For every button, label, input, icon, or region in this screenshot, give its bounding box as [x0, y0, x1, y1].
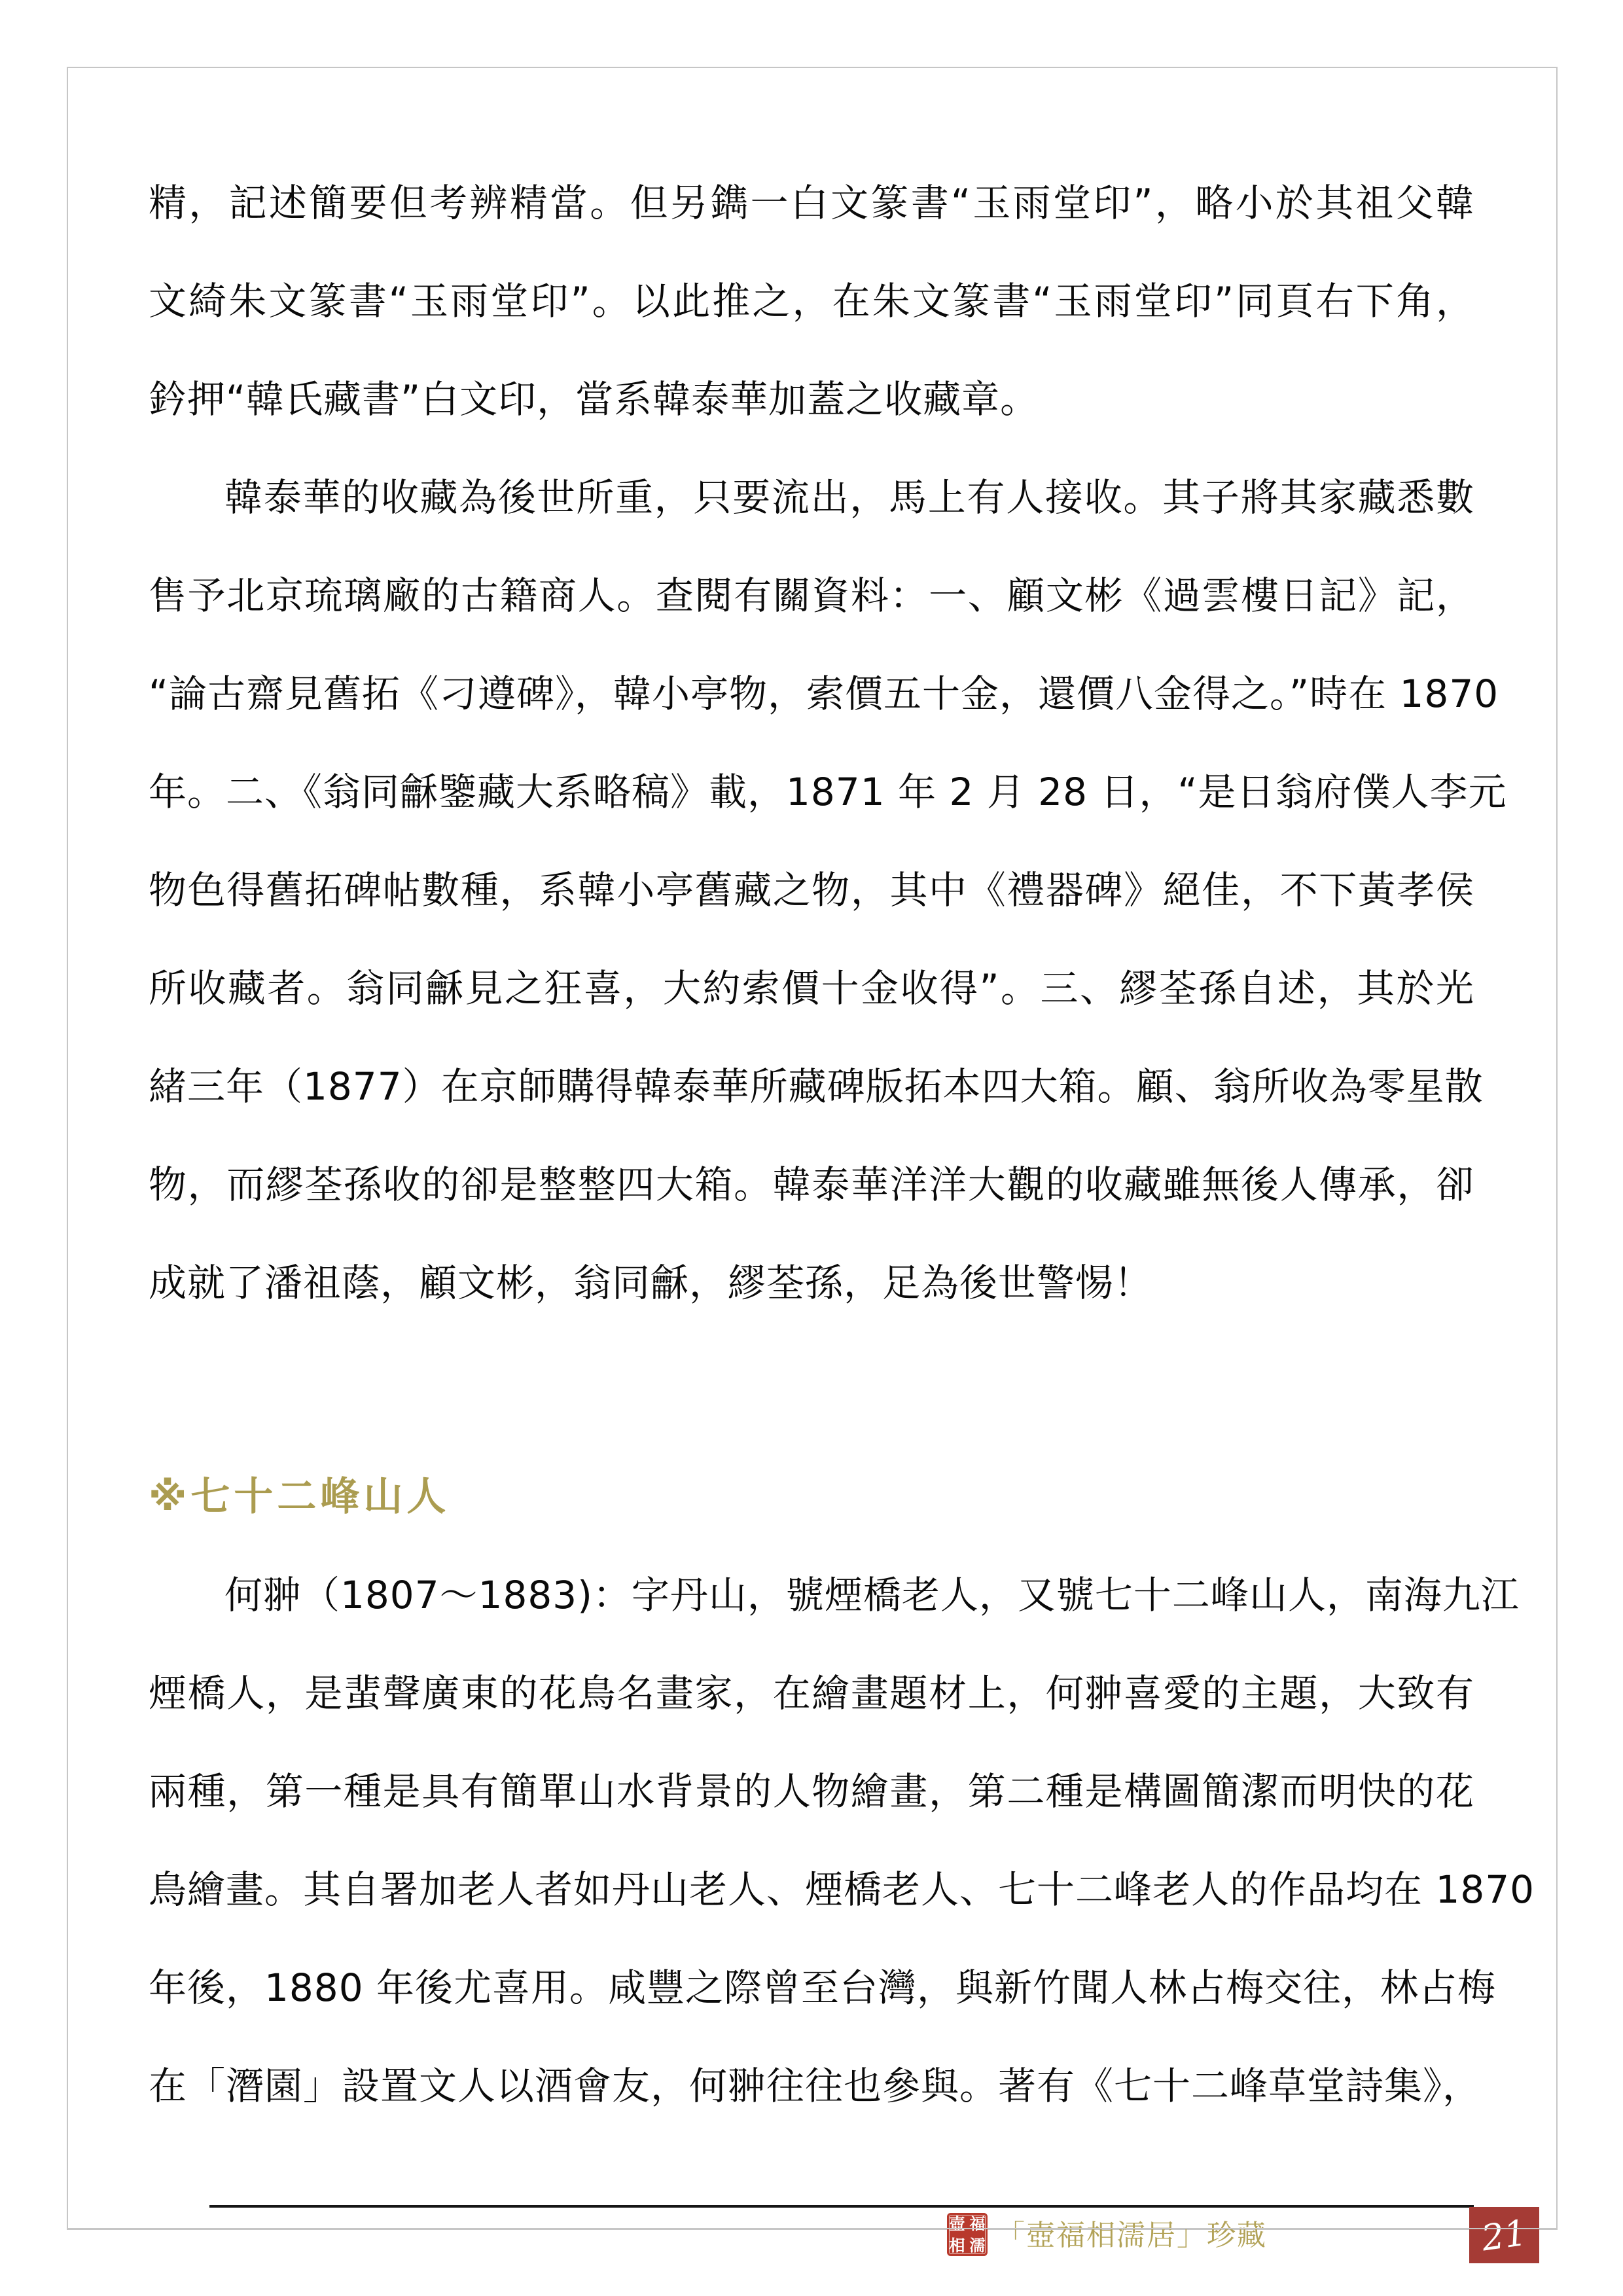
- page-border-bottom-line: [67, 2228, 1558, 2229]
- section-heading: ※七十二峰山人: [149, 1448, 450, 1546]
- text-line: 所收藏者。翁同龢見之狂喜，大約索價十金收得”。三、繆荃孫自述，其於光: [149, 939, 1474, 1037]
- text-line: 成就了潘祖蔭，顧文彬，翁同龢，繆荃孫，足為後世警惕！: [149, 1234, 1474, 1332]
- paragraph-block-1: 精，記述簡要但考辨精當。但另鐫一白文篆書“玉雨堂印”，略小於其祖父韓 文綺朱文篆…: [149, 154, 1474, 1332]
- text-line: 鈐押“韓氏藏書”白文印，當系韓泰華加蓋之收藏章。: [149, 350, 1474, 448]
- collection-label: 「壺福相濡居」珍藏: [996, 2210, 1267, 2262]
- text-line: “論古齋見舊拓《刁遵碑》，韓小亭物，索價五十金，還價八金得之。”時在 1870: [149, 645, 1474, 743]
- text-line: 兩種，第一種是具有簡單山水背景的人物繪畫，第二種是構圖簡潔而明快的花: [149, 1742, 1474, 1840]
- page-number: 21: [1479, 2212, 1529, 2259]
- text-line: 精，記述簡要但考辨精當。但另鐫一白文篆書“玉雨堂印”，略小於其祖父韓: [149, 154, 1474, 252]
- text-line: 物色得舊拓碑帖數種，系韓小亭舊藏之物，其中《禮器碑》絕佳，不下黃孝侯: [149, 841, 1474, 939]
- seal-char: 相: [950, 2238, 965, 2253]
- collection-seal-icon: 壺 福 相 濡: [947, 2213, 988, 2256]
- footer-rule: [209, 2205, 1474, 2208]
- text-line: 韓泰華的收藏為後世所重，只要流出，馬上有人接收。其子將其家藏悉數: [149, 448, 1474, 547]
- seal-char: 濡: [970, 2238, 986, 2253]
- text-line: 鳥繪畫。其自署加老人者如丹山老人、煙橋老人、七十二峰老人的作品均在 1870: [149, 1840, 1474, 1939]
- text-line: 文綺朱文篆書“玉雨堂印”。以此推之，在朱文篆書“玉雨堂印”同頁右下角，: [149, 252, 1474, 350]
- page-number-badge: 21: [1469, 2207, 1539, 2263]
- text-line: 何翀（1807～1883)：字丹山，號煙橋老人，又號七十二峰山人，南海九江: [149, 1546, 1474, 1644]
- text-line: 售予北京琉璃廠的古籍商人。查閱有關資料：一、顧文彬《過雲樓日記》記，: [149, 547, 1474, 645]
- text-line: 年。二、《翁同龢鑒藏大系略稿》載，1871 年 2 月 28 日，“是日翁府僕人…: [149, 743, 1474, 841]
- text-line: 煙橋人，是蜚聲廣東的花鳥名畫家，在繪畫題材上，何翀喜愛的主題，大致有: [149, 1644, 1474, 1742]
- text-line: 緒三年（1877）在京師購得韓泰華所藏碑版拓本四大箱。顧、翁所收為零星散: [149, 1037, 1474, 1136]
- document-page: 精，記述簡要但考辨精當。但另鐫一白文篆書“玉雨堂印”，略小於其祖父韓 文綺朱文篆…: [0, 0, 1623, 2296]
- paragraph-block-2: 何翀（1807～1883)：字丹山，號煙橋老人，又號七十二峰山人，南海九江 煙橋…: [149, 1546, 1474, 2135]
- text-line: 在「潛園」設置文人以酒會友，何翀往往也參與。著有《七十二峰草堂詩集》，: [149, 2037, 1474, 2135]
- text-line: 年後，1880 年後尤喜用。咸豐之際曾至台灣，與新竹聞人林占梅交往，林占梅: [149, 1939, 1474, 2037]
- text-line: 物，而繆荃孫收的卻是整整四大箱。韓泰華洋洋大觀的收藏雖無後人傳承，卻: [149, 1136, 1474, 1234]
